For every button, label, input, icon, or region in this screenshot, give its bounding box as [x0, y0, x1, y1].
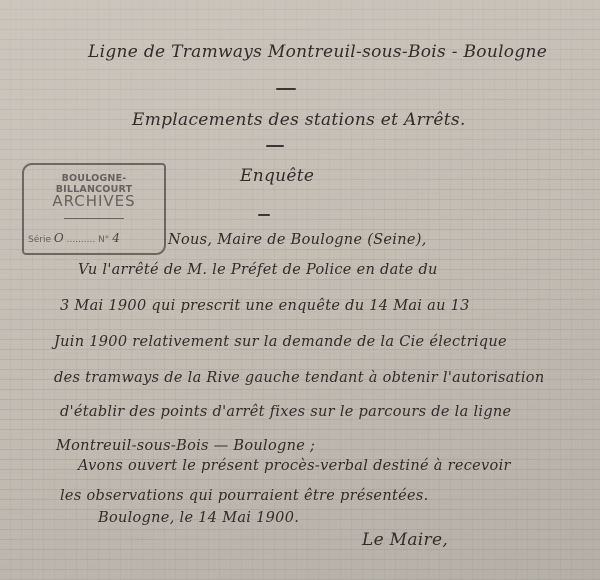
- separator-dash: [266, 145, 284, 147]
- separator-dash: [276, 88, 296, 90]
- document-subheading: Emplacements des stations et Arrêts.: [132, 110, 466, 130]
- signature-line: Le Maire,: [362, 530, 448, 550]
- stamp-rule: [64, 218, 124, 219]
- stamp-archives-label: ARCHIVES: [24, 192, 164, 210]
- body-line: Nous, Maire de Boulogne (Seine),: [168, 232, 427, 248]
- archives-stamp: BOULOGNE-BILLANCOURT ARCHIVES Série O ..…: [22, 163, 166, 255]
- stamp-serie-value: O: [54, 231, 64, 245]
- stamp-number-value: 4: [112, 231, 120, 245]
- body-line: d'établir des points d'arrêt fixes sur l…: [60, 404, 511, 420]
- body-line: les observations qui pourraient être pré…: [60, 488, 429, 504]
- place-and-date: Boulogne, le 14 Mai 1900.: [98, 510, 299, 526]
- document-section-title: Enquête: [240, 166, 314, 186]
- document-heading-line: Ligne de Tramways Montreuil-sous-Bois - …: [88, 42, 547, 62]
- body-line: des tramways de la Rive gauche tendant à…: [54, 370, 544, 386]
- stamp-serie-label: Série: [28, 235, 51, 245]
- body-line: Avons ouvert le présent procès-verbal de…: [78, 458, 511, 474]
- stamp-number-label: N°: [98, 235, 109, 245]
- stamp-reference: Série O .......... N° 4: [28, 231, 120, 245]
- body-line: Juin 1900 relativement sur la demande de…: [54, 334, 507, 350]
- handwritten-document-page: Ligne de Tramways Montreuil-sous-Bois - …: [0, 0, 600, 580]
- separator-dash: [258, 214, 270, 216]
- body-line: 3 Mai 1900 qui prescrit une enquête du 1…: [60, 298, 470, 314]
- body-line: Montreuil-sous-Bois — Boulogne ;: [56, 438, 315, 454]
- body-line: Vu l'arrêté de M. le Préfet de Police en…: [78, 262, 438, 278]
